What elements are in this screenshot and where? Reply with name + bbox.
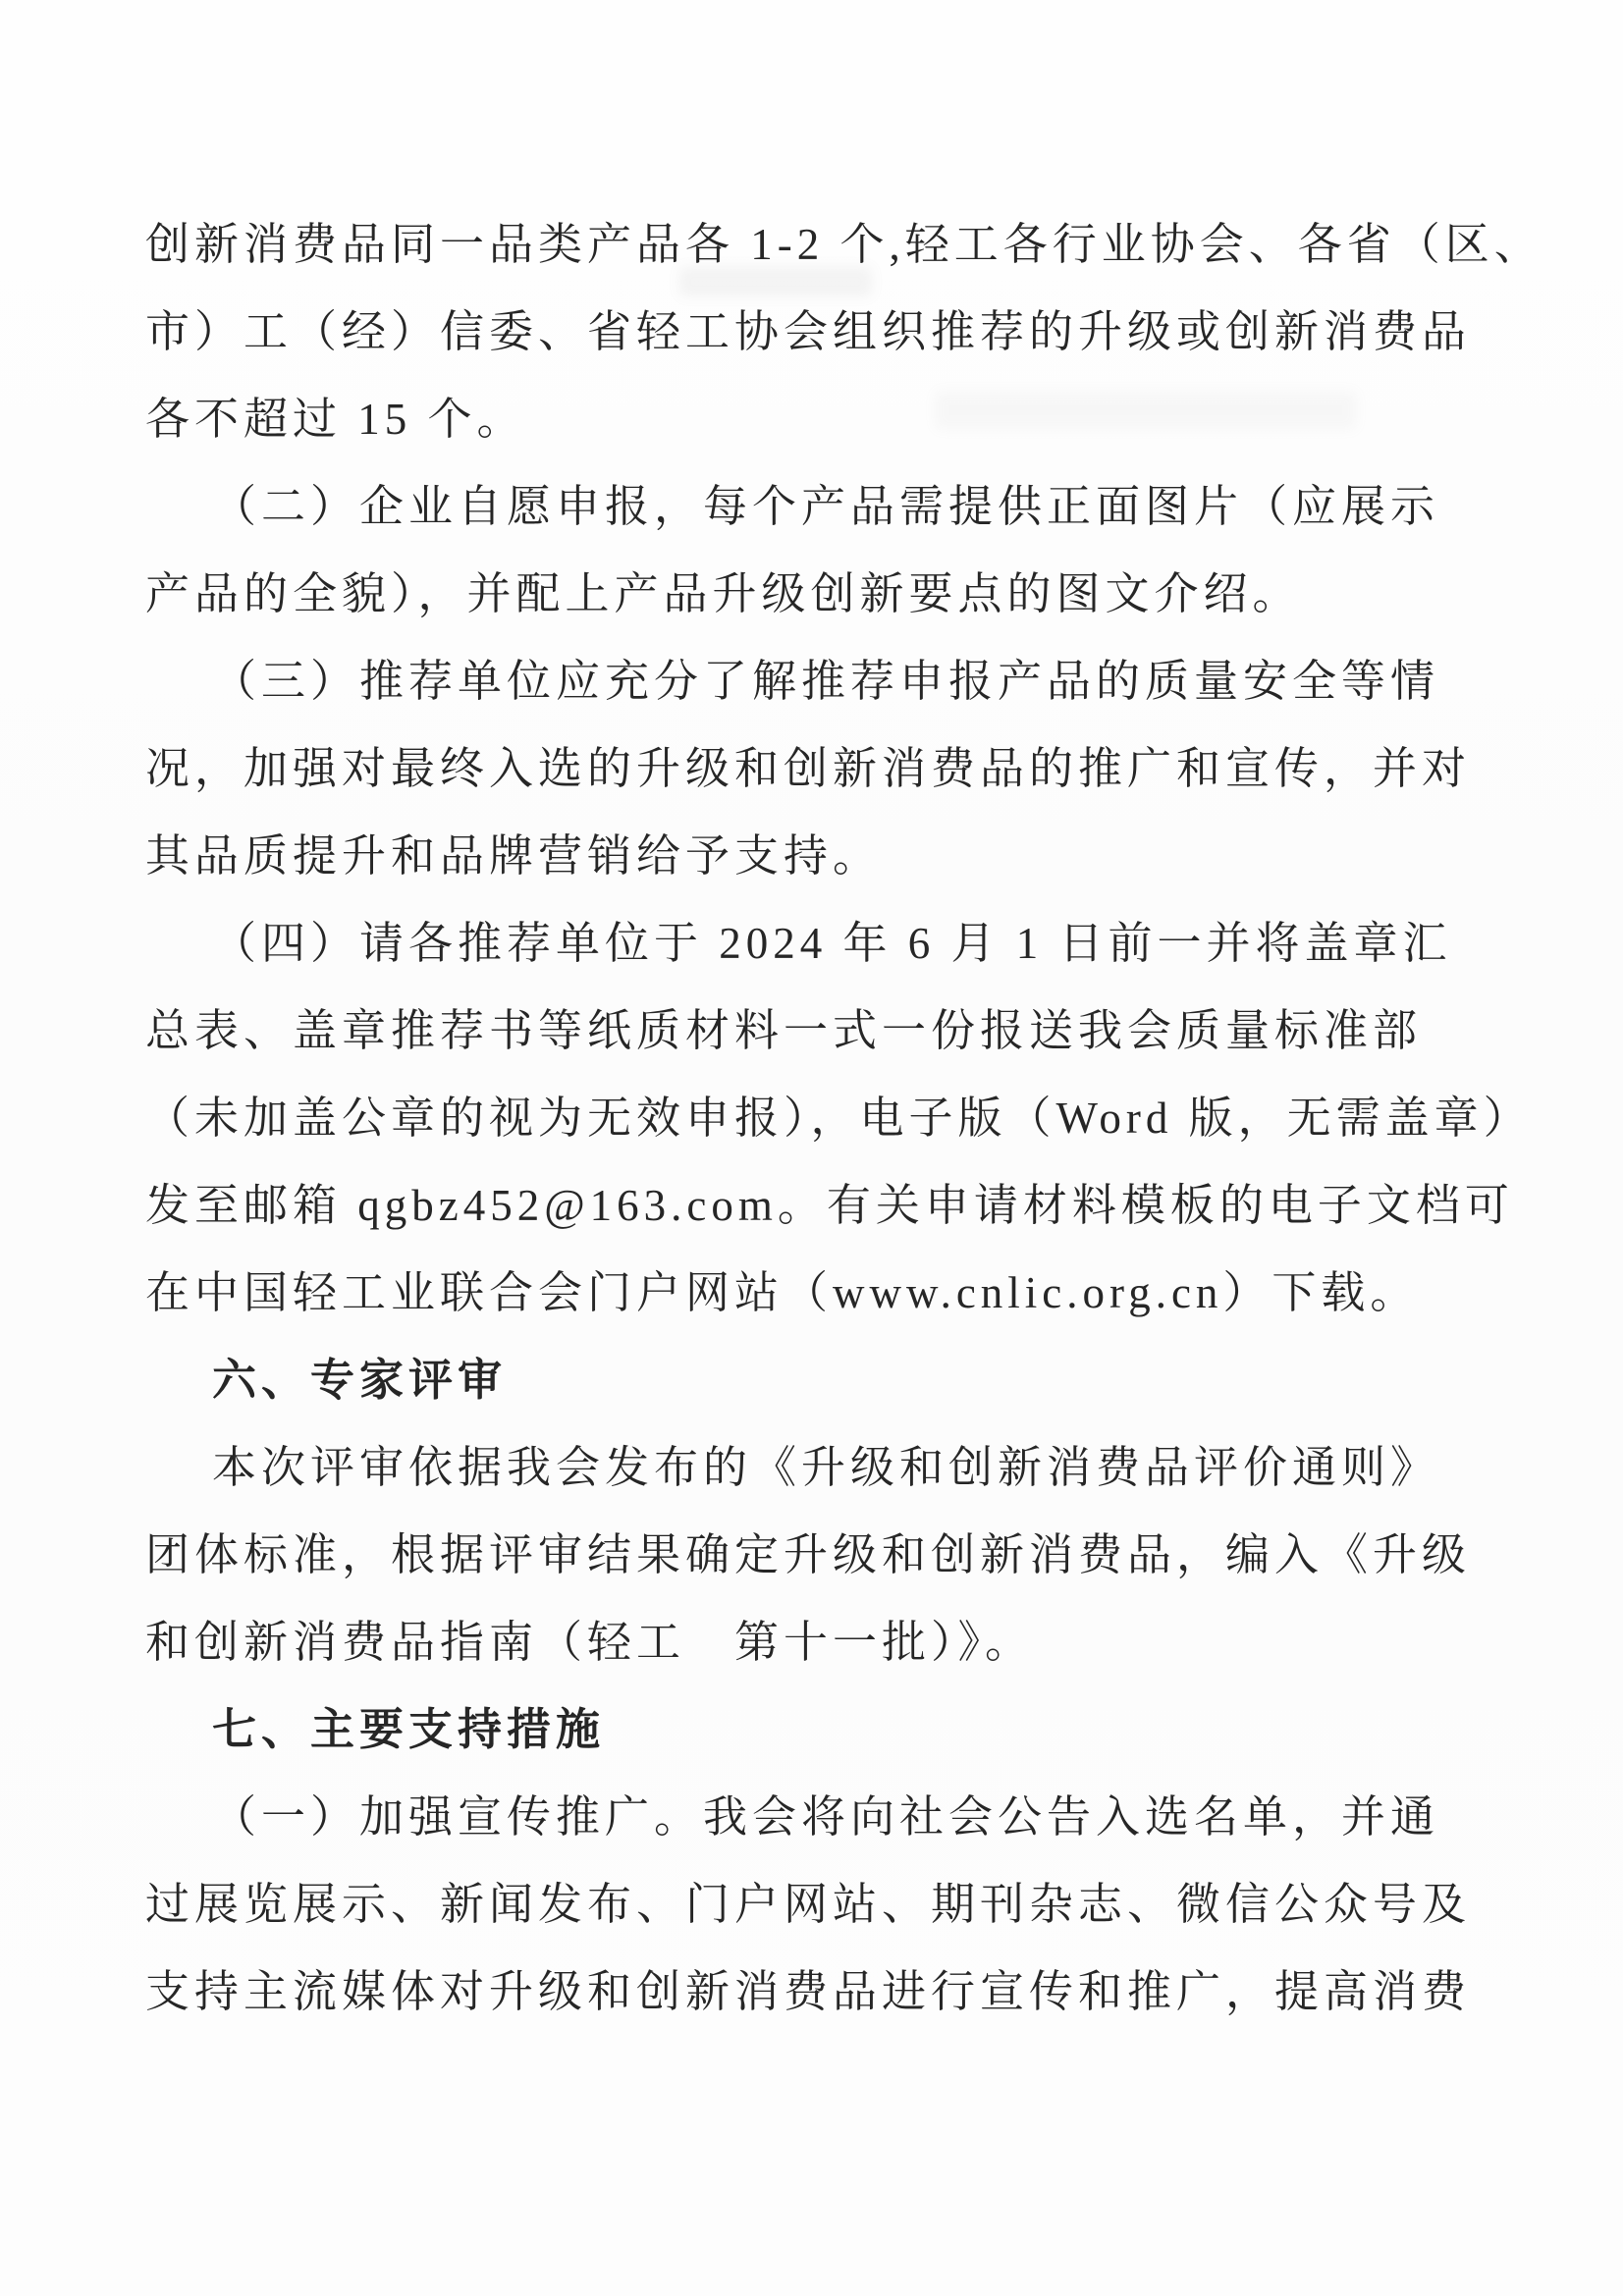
- line-text: （一）加强宣传推广。我会将向社会公告入选名单，并通: [212, 1781, 1439, 1844]
- section-heading: 六、专家评审: [145, 1332, 1492, 1419]
- text-line: 其品质提升和品牌营销给予支持。: [145, 808, 1492, 895]
- text-line: （一）加强宣传推广。我会将向社会公告入选名单，并通: [145, 1769, 1492, 1856]
- line-text: 在中国轻工业联合会门户网站（www.cnlic.org.cn）下载。: [145, 1256, 1419, 1320]
- line-text: 其品质提升和品牌营销给予支持。: [145, 820, 882, 883]
- line-text: 况，加强对最终入选的升级和创新消费品的推广和宣传，并对: [145, 732, 1471, 796]
- line-text: （三）推荐单位应充分了解推荐申报产品的质量安全等情: [212, 645, 1439, 709]
- line-text: 过展览展示、新闻发布、门户网站、期刊杂志、微信公众号及: [145, 1868, 1471, 1932]
- line-text: 创新消费品同一品类产品各 1-2 个,轻工各行业协会、各省（区、: [145, 208, 1543, 272]
- line-text: 发至邮箱 qgbz452@163.com。有关申请材料模板的电子文档可: [145, 1169, 1514, 1233]
- text-line: 产品的全貌），并配上产品升级创新要点的图文介绍。: [145, 546, 1492, 633]
- line-text: 团体标准，根据评审结果确定升级和创新消费品，编入《升级: [145, 1519, 1471, 1582]
- line-text: （四）请各推荐单位于 2024 年 6 月 1 日前一并将盖章汇: [212, 907, 1452, 971]
- text-line: 各不超过 15 个。: [145, 371, 1492, 458]
- scanned-page: 创新消费品同一品类产品各 1-2 个,轻工各行业协会、各省（区、 市）工（经）信…: [0, 0, 1623, 2296]
- text-block: 创新消费品同一品类产品各 1-2 个,轻工各行业协会、各省（区、 市）工（经）信…: [145, 196, 1492, 2031]
- text-line: 支持主流媒体对升级和创新消费品进行宣传和推广，提高消费: [145, 1944, 1492, 2031]
- text-line: 本次评审依据我会发布的《升级和创新消费品评价通则》: [145, 1419, 1492, 1507]
- line-text: 各不超过 15 个。: [145, 383, 526, 447]
- text-line: 和创新消费品指南（轻工 第十一批）》。: [145, 1594, 1492, 1682]
- line-text: 六、专家评审: [212, 1344, 507, 1408]
- line-text: （二）企业自愿申报，每个产品需提供正面图片（应展示: [212, 470, 1439, 534]
- line-text: 本次评审依据我会发布的《升级和创新消费品评价通则》: [212, 1431, 1439, 1495]
- line-text: 和创新消费品指南（轻工 第十一批）》。: [145, 1606, 1034, 1670]
- text-line: 发至邮箱 qgbz452@163.com。有关申请材料模板的电子文档可: [145, 1157, 1492, 1245]
- line-text: 七、主要支持措施: [212, 1693, 605, 1757]
- text-line: 市）工（经）信委、省轻工协会组织推荐的升级或创新消费品: [145, 284, 1492, 371]
- text-line: 在中国轻工业联合会门户网站（www.cnlic.org.cn）下载。: [145, 1245, 1492, 1332]
- text-line: （三）推荐单位应充分了解推荐申报产品的质量安全等情: [145, 633, 1492, 721]
- text-line: 总表、盖章推荐书等纸质材料一式一份报送我会质量标准部: [145, 983, 1492, 1070]
- text-line: 过展览展示、新闻发布、门户网站、期刊杂志、微信公众号及: [145, 1856, 1492, 1944]
- section-heading: 七、主要支持措施: [145, 1682, 1492, 1769]
- line-text: 总表、盖章推荐书等纸质材料一式一份报送我会质量标准部: [145, 994, 1422, 1058]
- text-line: 团体标准，根据评审结果确定升级和创新消费品，编入《升级: [145, 1507, 1492, 1594]
- line-text: 支持主流媒体对升级和创新消费品进行宣传和推广，提高消费: [145, 1955, 1471, 2019]
- text-line: （二）企业自愿申报，每个产品需提供正面图片（应展示: [145, 458, 1492, 546]
- line-text: （未加盖公章的视为无效申报），电子版（Word 版，无需盖章）: [145, 1082, 1533, 1146]
- text-line: （未加盖公章的视为无效申报），电子版（Word 版，无需盖章）: [145, 1070, 1492, 1157]
- line-text: 产品的全貌），并配上产品升级创新要点的图文介绍。: [145, 558, 1302, 621]
- text-line: 况，加强对最终入选的升级和创新消费品的推广和宣传，并对: [145, 721, 1492, 808]
- line-text: 市）工（经）信委、省轻工协会组织推荐的升级或创新消费品: [145, 295, 1471, 359]
- text-line: （四）请各推荐单位于 2024 年 6 月 1 日前一并将盖章汇: [145, 895, 1492, 983]
- text-line: 创新消费品同一品类产品各 1-2 个,轻工各行业协会、各省（区、: [145, 196, 1492, 284]
